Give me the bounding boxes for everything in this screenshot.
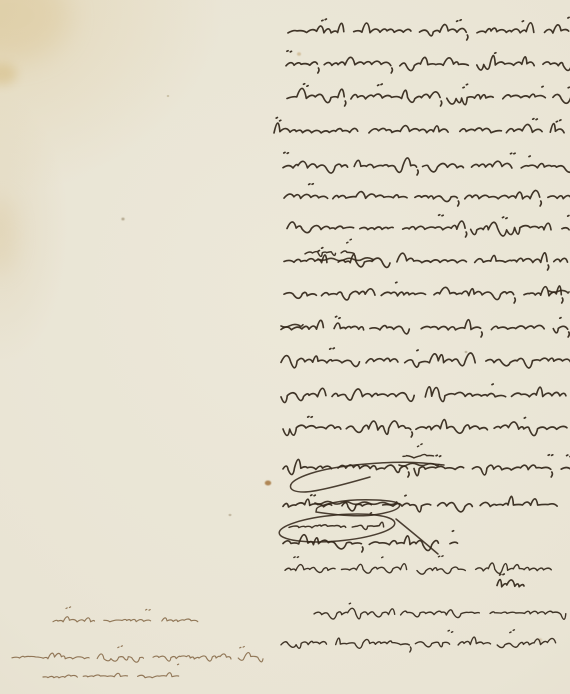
handwriting-line: war, als nun der hl. Herzog heut	[288, 17, 569, 40]
handwriting-line: mal nach München führen! Unsere Kunst,	[281, 630, 556, 652]
inserted-word: viel	[403, 444, 434, 458]
handwriting-line: seine Bilder sehen ließ, war auch nicht	[286, 51, 570, 73]
handwriting-line: glänzende Productionen Ihre Auf-	[281, 384, 566, 403]
handwriting-line: gesagt wird für den hohen, die ganze	[287, 215, 569, 237]
correction-flourish	[396, 519, 438, 554]
marginal-annotation-line: J der 2 sehen machte auch einmal Jacobi	[12, 646, 263, 662]
handwriting-line: mag Ihnen noch täglich begegnen,	[274, 118, 564, 133]
paper-stain	[229, 514, 232, 516]
handwriting-line: [das] nehmen Sie dazu den längsten,	[281, 316, 569, 337]
handwriting-line: dazu geeignet, daß ich es kannte. Es	[287, 84, 570, 106]
paper-stain	[121, 218, 124, 221]
handwriting-line: daß Ihnen, m. ä. das von den geistreich-	[283, 152, 570, 175]
handwriting-line: Möchte Sie eine Ihrer Sommerreisen! ein-	[314, 603, 566, 619]
strikethrough-mark: das	[281, 324, 303, 327]
paper-stain	[265, 481, 271, 486]
inserted-word: stillend	[305, 239, 354, 256]
handwriting-line: Anteil bei di Glücklichste sind, kam Wid…	[285, 556, 551, 574]
handwriting-line: schönsten eines Mannes, der durch	[281, 348, 570, 368]
marginal-annotation-line: einige Sontag dazu. —	[43, 664, 179, 678]
letter-page: war, als nun der hl. Herzog heutseine Bi…	[0, 0, 570, 694]
paper-stain	[0, 195, 17, 275]
paper-stains	[0, 0, 542, 642]
handwriting-line: uns so vielfach bereitet haben; [der]	[284, 282, 563, 303]
paper-stain	[0, 63, 17, 85]
handwriting-block: war, als nun der hl. Herzog heutseine Bi…	[274, 17, 570, 652]
strikethrough-mark: der	[549, 290, 569, 293]
handwriting-line: tels der [glücklichste] mächtigeren	[283, 495, 557, 512]
marginal-annotations: J. – d. ques di nächste –J der 2 sehen m…	[12, 607, 263, 678]
marginal-annotation-line: J. – d. ques di nächste –	[53, 607, 198, 622]
paper-stain	[465, 351, 468, 353]
paper-stain	[297, 52, 301, 56]
paper-stain	[0, 0, 70, 62]
manuscript-rendering: war, als nun der hl. Herzog heutseine Bi…	[0, 0, 570, 694]
handwriting-line: kann, der aber [doch] vielleicht Gü-	[283, 455, 570, 477]
handwriting-line: sten Menschen — ein begeisterter Dank	[284, 184, 570, 206]
handwriting-line: bz.	[497, 574, 524, 587]
handwriting-line: merksamkeit nicht auf sich ziehen	[283, 417, 567, 438]
paper-stain	[167, 95, 170, 97]
